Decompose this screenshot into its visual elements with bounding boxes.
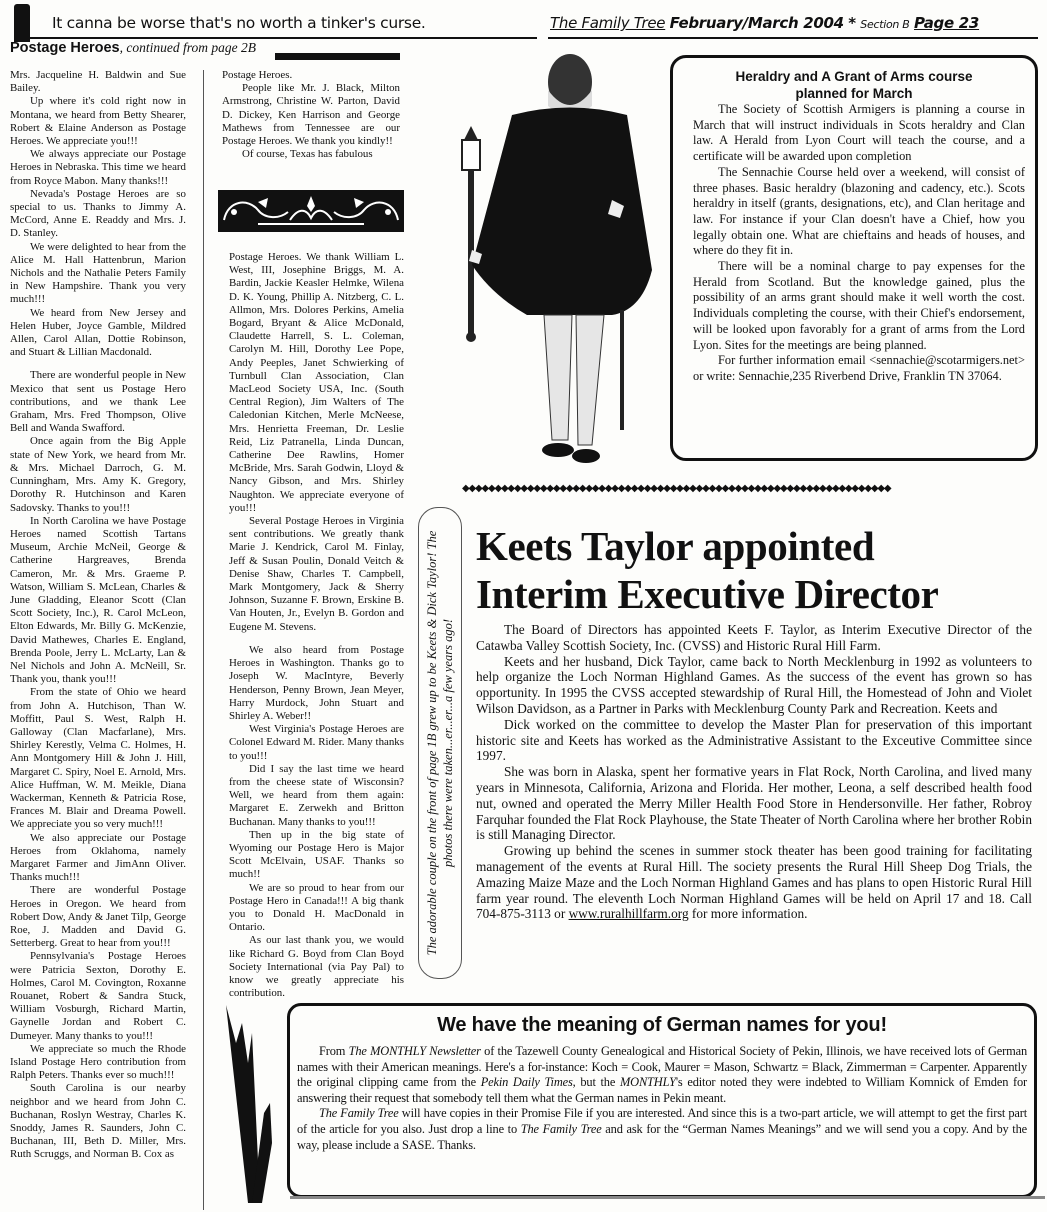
header-separator: * (848, 14, 856, 32)
photo-caption-box: The adorable couple on the front of page… (418, 507, 462, 979)
paragraph: Mrs. Jacqueline H. Baldwin and Sue Baile… (10, 69, 186, 95)
paragraph: South Carolina is our nearby neighbor an… (10, 1082, 186, 1161)
newsletter-name: The MONTHLY Newsletter (349, 1044, 481, 1058)
paragraph-tail: for more information. (689, 906, 808, 921)
text: From (319, 1044, 349, 1058)
header-rule-left (22, 37, 537, 39)
keets-headline: Keets Taylor appointed Interim Executive… (476, 522, 938, 618)
herald-illustration (452, 40, 662, 480)
paragraph: We also appreciate our Postage Heroes fr… (10, 832, 186, 885)
paragraph: The Sennachie Course held over a weekend… (693, 165, 1025, 259)
paragraph: Once again from the Big Apple state of N… (10, 435, 186, 514)
column-divider (203, 70, 204, 1210)
paragraph: In North Carolina we have Postage Heroes… (10, 515, 186, 687)
paragraph: Keets and her husband, Dick Taylor, came… (476, 654, 1032, 717)
publication-name: The Family Tree (521, 1122, 602, 1136)
paragraph: As our last thank you, we would like Ric… (229, 934, 404, 1000)
paragraph: People like Mr. J. Black, Milton Armstro… (222, 82, 400, 148)
german-names-body: From The MONTHLY Newsletter of the Tazew… (297, 1044, 1027, 1153)
paragraph: We heard from New Jersey and Helen Huber… (10, 307, 186, 360)
heraldry-title: Heraldry and A Grant of Arms course plan… (673, 68, 1035, 102)
keets-article-body: The Board of Directors has appointed Kee… (476, 622, 1032, 922)
german-names-box: We have the meaning of German names for … (287, 1003, 1037, 1198)
paragraph: The Family Tree will have copies in thei… (297, 1106, 1027, 1153)
photo-caption-text: The adorable couple on the front of page… (424, 518, 456, 968)
issue-date: February/March 2004 (670, 14, 844, 32)
paragraph: Postage Heroes. (222, 69, 400, 82)
paragraph: Dick worked on the committee to develop … (476, 717, 1032, 764)
box-shadow-rule (290, 1196, 1045, 1199)
paragraph: The Board of Directors has appointed Kee… (476, 622, 1032, 654)
header-rule-right (548, 37, 1038, 39)
publication-name: The Family Tree (550, 14, 665, 32)
page-number: Page 23 (914, 14, 979, 32)
heraldry-course-box: Heraldry and A Grant of Arms course plan… (670, 55, 1038, 461)
paragraph: From the state of Ohio we heard from Joh… (10, 686, 186, 831)
spike-decoration-icon (222, 1003, 277, 1208)
paragraph: We always appreciate our Postage Heroes … (10, 148, 186, 188)
paragraph: Postage Heroes. We thank William L. West… (229, 251, 404, 515)
paragraph: There are wonderful Postage Heroes in Or… (10, 884, 186, 950)
paragraph: We appreciate so much the Rhode Island P… (10, 1043, 186, 1083)
article-title: Postage Heroes (10, 40, 120, 56)
paragraph: There will be a nominal charge to pay ex… (693, 259, 1025, 353)
paragraph: Several Postage Heroes in Virginia sent … (229, 515, 404, 634)
paragraph: From The MONTHLY Newsletter of the Tazew… (297, 1044, 1027, 1106)
paragraph: She was born in Alaska, spent her format… (476, 764, 1032, 843)
paragraph: Of course, Texas has fabulous (222, 148, 400, 161)
paragraph: Did I say the last time we heard from th… (229, 763, 404, 829)
text: , but the (573, 1075, 620, 1089)
postage-heroes-title: Postage Heroes, continued from page 2B (10, 40, 256, 57)
newspaper-name: Pekin Daily Times (481, 1075, 573, 1089)
header-motto: It canna be worse that's no worth a tink… (52, 14, 426, 32)
heraldry-title-line-2: planned for March (673, 85, 1035, 102)
german-names-title: We have the meaning of German names for … (290, 1014, 1034, 1037)
paragraph: Up where it's cold right now in Montana,… (10, 95, 186, 148)
ruralhillfarm-link[interactable]: www.ruralhillfarm.org (569, 906, 689, 921)
scroll-ornament-icon (218, 190, 404, 232)
paragraph: West Virginia's Postage Heroes are Colon… (229, 723, 404, 763)
header-masthead: The Family Tree February/March 2004 * Se… (550, 14, 979, 32)
paragraph: Nevada's Postage Heroes are so special t… (10, 188, 186, 241)
paragraph: We also heard from Postage Heroes in Was… (229, 644, 404, 723)
publication-name: The Family Tree (319, 1106, 399, 1120)
diamond-divider: ◆◆◆◆◆◆◆◆◆◆◆◆◆◆◆◆◆◆◆◆◆◆◆◆◆◆◆◆◆◆◆◆◆◆◆◆◆◆◆◆… (462, 483, 1044, 495)
paragraph: Then up in the big state of Wyoming our … (229, 829, 404, 882)
newsletter-short-name: MONTHLY (620, 1075, 676, 1089)
postage-heroes-column-1: Mrs. Jacqueline H. Baldwin and Sue Baile… (10, 69, 186, 1162)
paragraph-with-link: Growing up behind the scenes in summer s… (476, 843, 1032, 922)
section-label: Section B (860, 18, 909, 31)
paragraph: There are wonderful people in New Mexico… (10, 369, 186, 435)
title-bar-decoration (275, 53, 400, 60)
contact-paragraph: For further information email <sennachie… (693, 353, 1025, 384)
paragraph: We were delighted to hear from the Alice… (10, 241, 186, 307)
continued-note: , continued from page 2B (120, 40, 256, 55)
headline-line-1: Keets Taylor appointed (476, 522, 938, 570)
paragraph: The Society of Scottish Armigers is plan… (693, 102, 1025, 165)
heraldry-body: The Society of Scottish Armigers is plan… (693, 102, 1025, 385)
paragraph: We are so proud to hear from our Postage… (229, 882, 404, 935)
postage-heroes-column-2-top: Postage Heroes. People like Mr. J. Black… (222, 69, 400, 161)
postage-heroes-column-2-bottom: Postage Heroes. We thank William L. West… (229, 251, 404, 1000)
paragraph: Pennsylvania's Postage Heroes were Patri… (10, 950, 186, 1042)
headline-line-2: Interim Executive Director (476, 570, 938, 618)
heraldry-title-line-1: Heraldry and A Grant of Arms course (673, 68, 1035, 85)
